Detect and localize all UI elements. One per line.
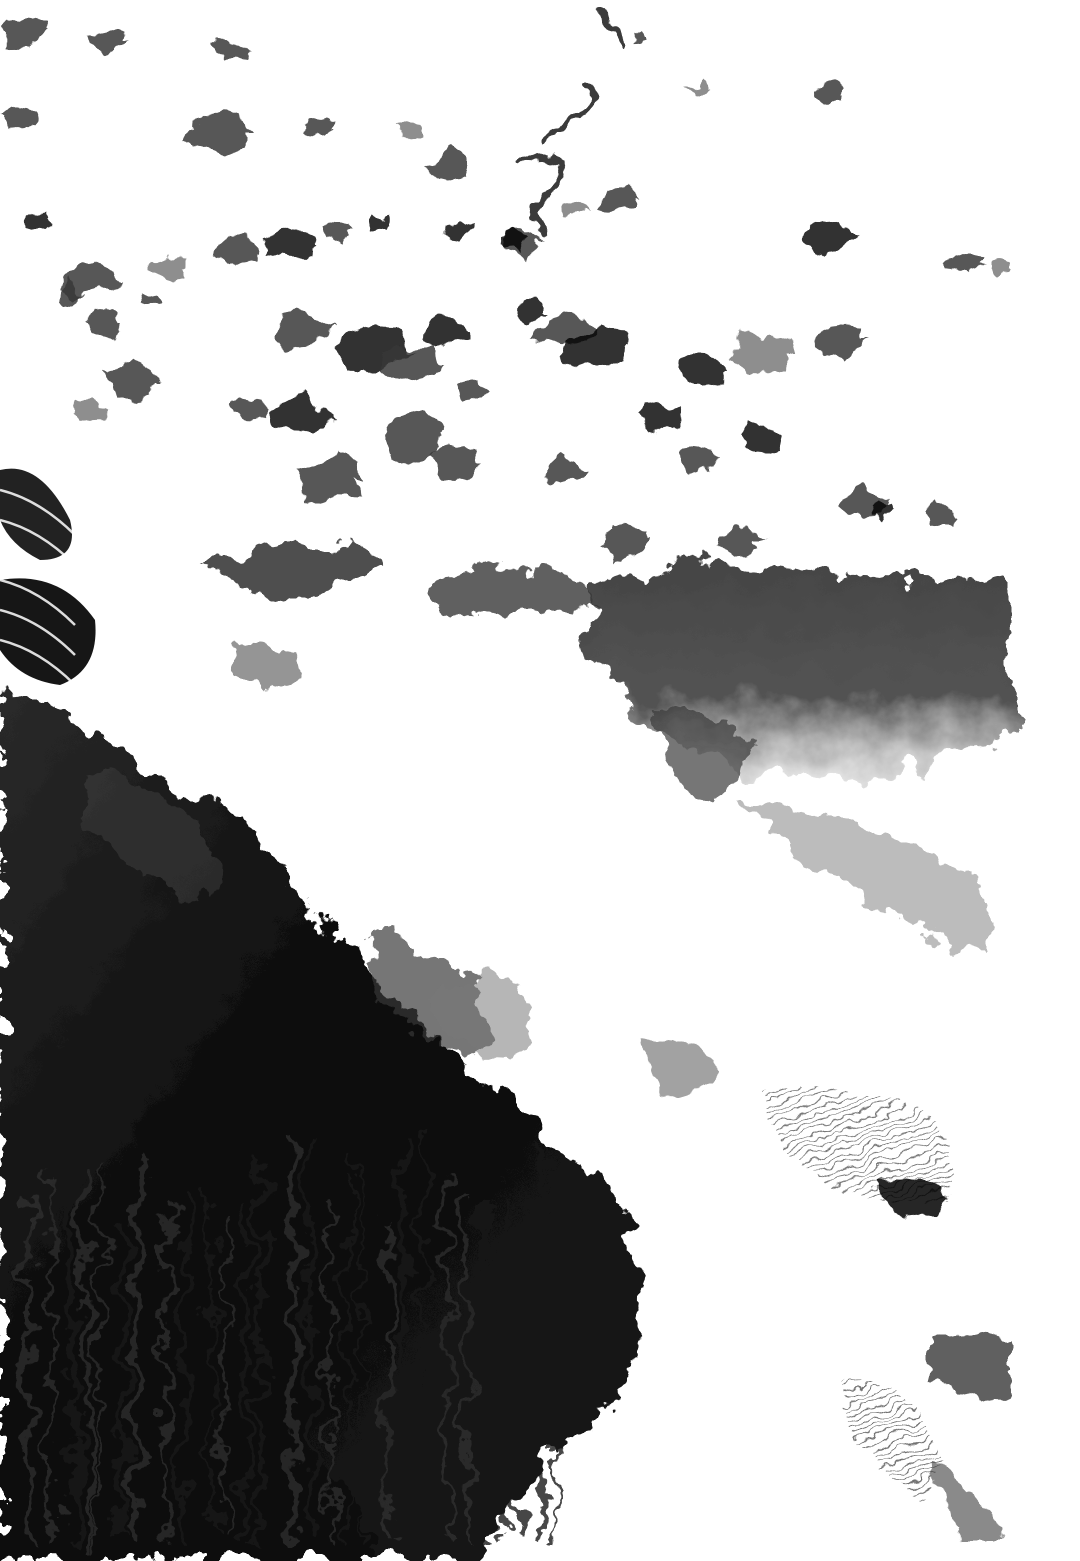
grain-overlay <box>0 0 1010 1561</box>
artwork-canvas <box>0 0 1080 1561</box>
ink-wash-illustration: Ink wash landscape illustration Scanned … <box>0 0 1080 1561</box>
